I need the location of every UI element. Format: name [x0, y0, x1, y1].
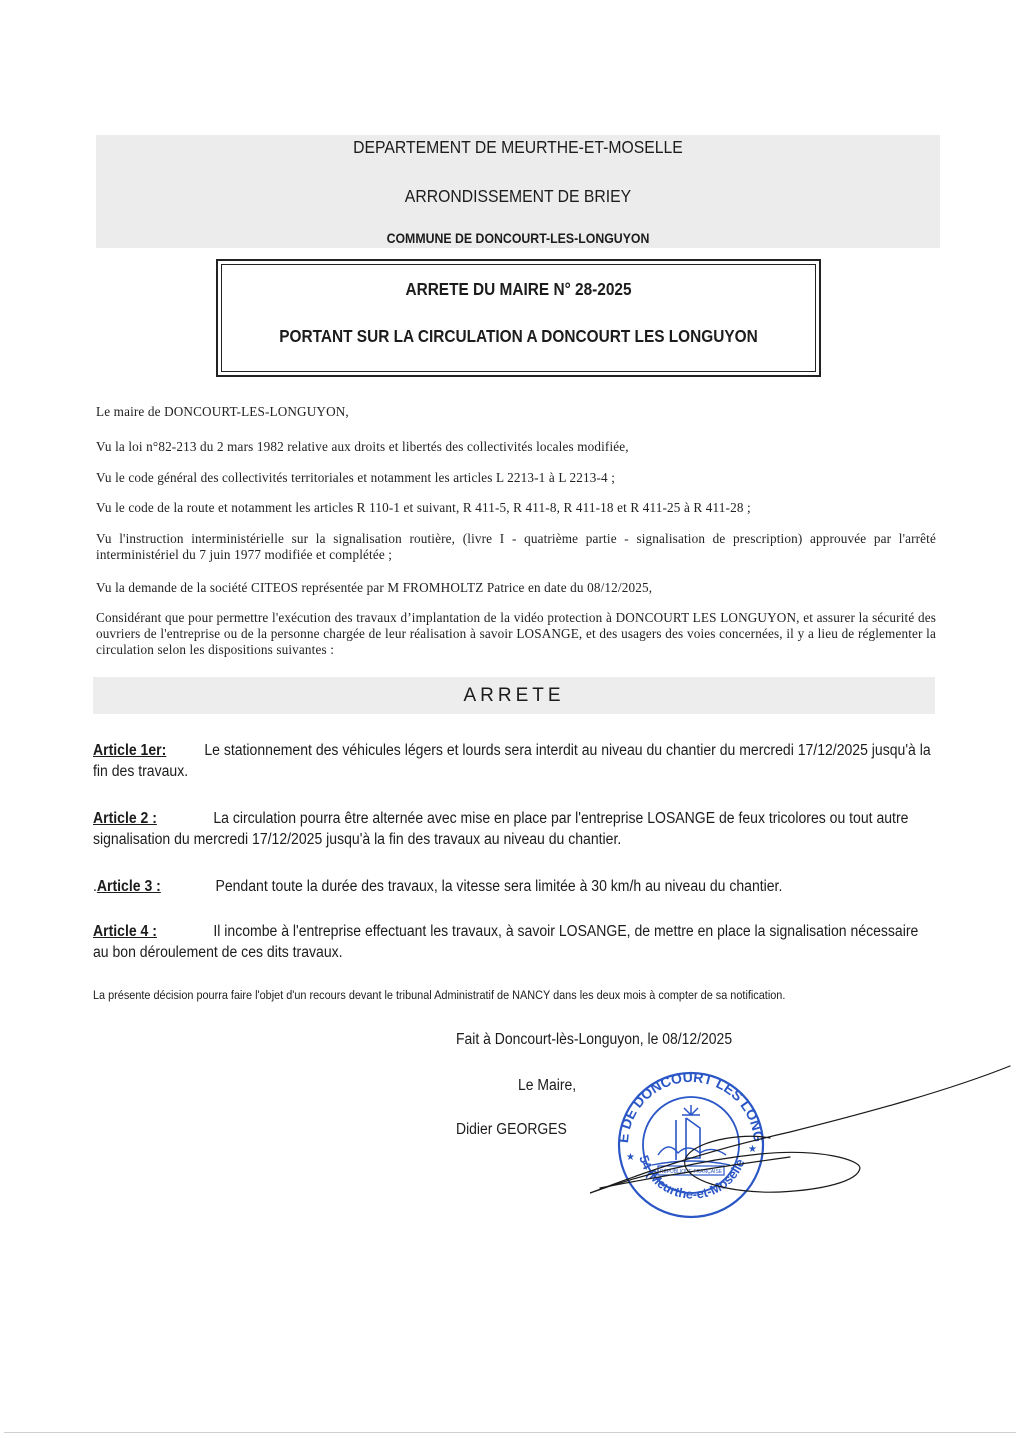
signatory-name: Didier GEORGES: [456, 1121, 567, 1139]
svg-text:MAIRIE DE DONCOURT LES LONGUYO: MAIRIE DE DONCOURT LES LONGUYON: [590, 1060, 767, 1143]
article-1: Article 1er:Le stationnement des véhicul…: [93, 740, 933, 782]
preamble-vu-loi: Vu la loi n°82-213 du 2 mars 1982 relati…: [96, 439, 946, 455]
preamble-considerant: Considérant que pour permettre l'exécuti…: [96, 610, 936, 658]
article-4: Article 4 :Il incombe à l'entreprise eff…: [93, 921, 933, 963]
place-date: Fait à Doncourt-lès-Longuyon, le 08/12/2…: [456, 1031, 732, 1049]
arrete-heading: ARRETE: [93, 685, 935, 707]
title-frame: ARRETE DU MAIRE N° 28-2025 PORTANT SUR L…: [216, 259, 821, 377]
preamble-intro: Le maire de DONCOURT-LES-LONGUYON,: [96, 404, 946, 420]
preamble-vu-demande: Vu la demande de la société CITEOS repré…: [96, 580, 946, 596]
article-text: Le stationnement des véhicules légers et…: [93, 742, 931, 780]
article-3: .Article 3 :Pendant toute la durée des t…: [93, 876, 933, 897]
arrete-number: ARRETE DU MAIRE N° 28-2025: [258, 279, 780, 300]
mayor-stamp-and-signature: MAIRIE DE DONCOURT LES LONGUYON 54 (Meur…: [590, 1060, 1020, 1230]
article-text: Il incombe à l'entreprise effectuant les…: [93, 923, 918, 961]
recours-notice: La présente décision pourra faire l'obje…: [93, 988, 890, 1002]
arrete-heading-band: ARRETE: [93, 677, 935, 714]
arrete-subject: PORTANT SUR LA CIRCULATION A DONCOURT LE…: [258, 326, 780, 347]
article-2: Article 2 :La circulation pourra être al…: [93, 808, 933, 850]
header-band: DEPARTEMENT DE MEURTHE-ET-MOSELLE ARROND…: [96, 135, 940, 248]
preamble-vu-instruction: Vu l'instruction interministérielle sur …: [96, 531, 936, 563]
article-text: Pendant toute la durée des travaux, la v…: [215, 878, 782, 895]
preamble-vu-route: Vu le code de la route et notamment les …: [96, 500, 946, 516]
article-label: Article 2 :: [93, 808, 213, 829]
article-label: Article 3 :: [97, 876, 216, 897]
svg-text:★: ★: [748, 1144, 757, 1155]
page-bottom-rule: [4, 1432, 1016, 1433]
departement-heading: DEPARTEMENT DE MEURTHE-ET-MOSELLE: [138, 137, 898, 158]
preamble-vu-cgct: Vu le code général des collectivités ter…: [96, 470, 946, 486]
title-frame-inner: ARRETE DU MAIRE N° 28-2025 PORTANT SUR L…: [221, 264, 816, 372]
commune-heading: COMMUNE DE DONCOURT-LES-LONGUYON: [147, 230, 890, 246]
svg-text:★: ★: [626, 1152, 635, 1163]
arrondissement-heading: ARRONDISSEMENT DE BRIEY: [138, 186, 898, 207]
signatory-role: Le Maire,: [518, 1077, 576, 1095]
stamp-top-text: MAIRIE DE DONCOURT LES LONGUYON: [590, 1060, 767, 1143]
article-label: Article 1er:: [93, 740, 204, 761]
official-stamp-icon: MAIRIE DE DONCOURT LES LONGUYON 54 (Meur…: [590, 1060, 1020, 1230]
article-text: La circulation pourra être alternée avec…: [93, 810, 908, 848]
article-label: Article 4 :: [93, 921, 213, 942]
